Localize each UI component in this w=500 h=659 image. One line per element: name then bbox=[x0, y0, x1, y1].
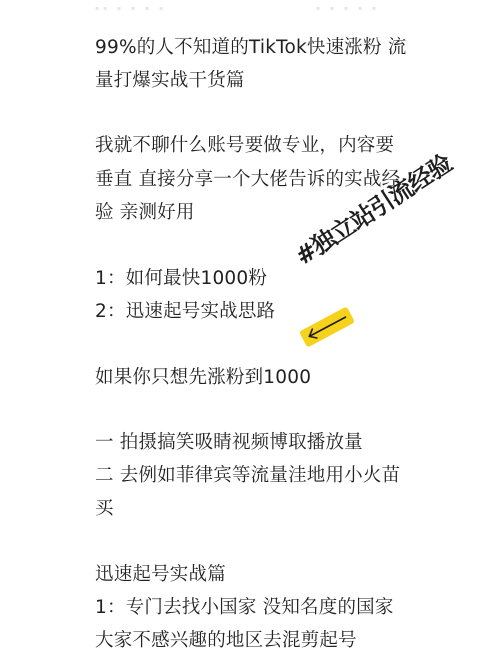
status-bar-left: ▪▪ ▪ ▪ ▪ ▪ bbox=[95, 6, 167, 10]
section1-line-3: 买 bbox=[95, 498, 114, 520]
section2-line-1: 1：专门去找小国家 没知名度的国家 bbox=[95, 597, 394, 619]
post-title-line-1: 99%的人不知道的TikTok快速涨粉 流 bbox=[95, 37, 406, 59]
hashtag-stamp: #独立站引流经验 bbox=[291, 150, 456, 270]
status-bar-right: ▪ ▪ ▪ ▪ ▪ bbox=[316, 6, 380, 10]
section1-line-1: 一 拍摄搞笑吸睛视频博取播放量 bbox=[95, 432, 363, 454]
intro-line-2: 垂直 直接分享一个大佬告诉的实战经 bbox=[95, 169, 400, 191]
status-bar-remnant: ▪▪ ▪ ▪ ▪ ▪ ▪ ▪ ▪ ▪ ▪ bbox=[95, 6, 380, 14]
arrow-left-icon bbox=[303, 310, 350, 344]
section1-heading: 如果你只想先涨粉到1000 bbox=[95, 367, 311, 389]
section1-line-2: 二 去例如菲律宾等流量洼地用小火苗 bbox=[95, 465, 400, 487]
toc-item-1: 1：如何最快1000粉 bbox=[95, 268, 267, 290]
intro-line-1: 我就不聊什么账号要做专业，内容要 bbox=[95, 135, 394, 157]
intro-line-3: 验 亲测好用 bbox=[95, 202, 195, 224]
yellow-arrow-tag bbox=[299, 306, 355, 347]
post-title-line-2: 量打爆实战干货篇 bbox=[95, 70, 245, 92]
toc-item-2: 2：迅速起号实战思路 bbox=[95, 301, 275, 323]
section2-line-2: 大家不感兴趣的地区去混剪起号 bbox=[95, 630, 357, 652]
section2-heading: 迅速起号实战篇 bbox=[95, 564, 226, 586]
